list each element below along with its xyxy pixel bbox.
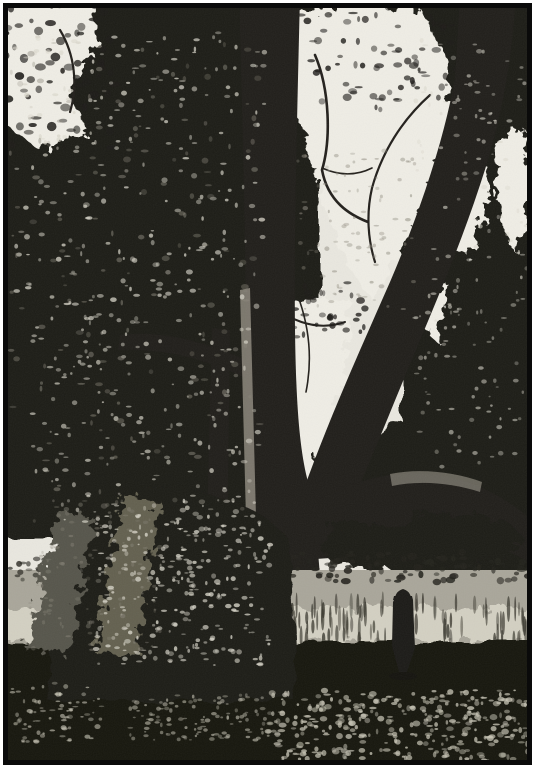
- film-grain: [5, 5, 530, 763]
- photo-area: [0, 0, 535, 768]
- photograph: [0, 0, 535, 768]
- speckle: [447, 0, 450, 3]
- photo-canvas: [0, 0, 535, 768]
- speckle: [385, 1, 393, 3]
